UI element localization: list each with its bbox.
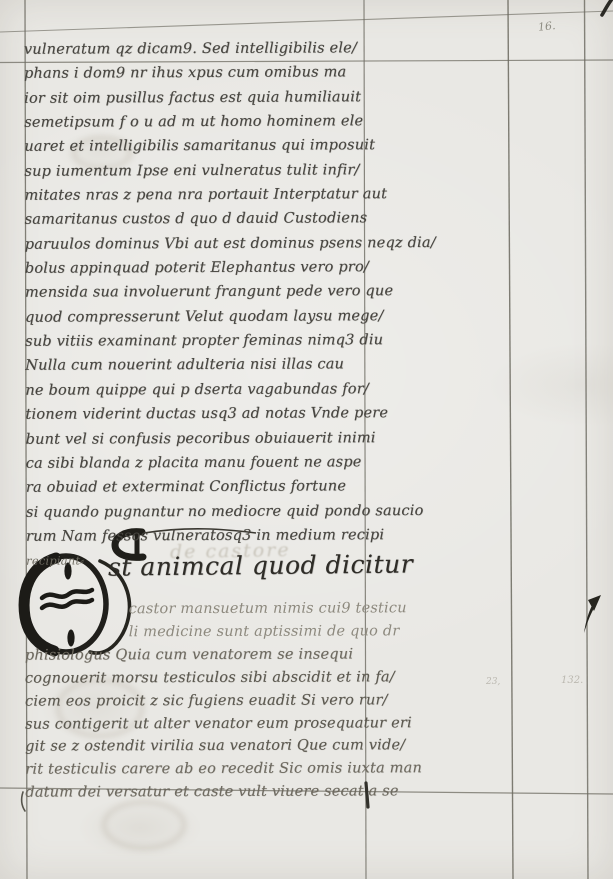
manuscript-line: sup iumentum Ipse eni vulneratus tulit i… — [24, 158, 360, 184]
manuscript-line: paruulos dominus Vbi aut est dominus pse… — [25, 231, 361, 257]
pencil-mark-left: 23, — [486, 677, 500, 687]
manuscript-line: cognouerit morsu testiculos sibi abscidi… — [25, 666, 367, 690]
manuscript-line: datum dei versatur et caste vult viuere … — [25, 781, 367, 805]
manuscript-scan-page: 16. 23, 132. vulneratum qz dicam9. Sed i… — [0, 0, 613, 879]
manuscript-line: vulneratum qz dicam9. Sed intelligibilis… — [24, 36, 360, 62]
manuscript-line: uaret et intelligibilis samaritanus qui … — [24, 134, 360, 160]
folio-number: 16. — [537, 19, 556, 34]
manuscript-line: phans i dom9 nr ihus xpus cum omibus ma — [24, 61, 360, 87]
text-block-elephant-section: vulneratum qz dicam9. Sed intelligibilis… — [24, 36, 362, 573]
manuscript-line: ca sibi blanda z placita manu fouent ne … — [26, 450, 362, 476]
manuscript-line: ior sit oim pusillus factus est quia hum… — [24, 85, 360, 111]
manuscript-line: rit testiculis carere ab eo recedit Sic … — [25, 758, 367, 782]
manuscript-line: ra obuiad et exterminat Conflictus fortu… — [26, 474, 362, 500]
manuscript-line: mensida sua involuerunt frangunt pede ve… — [25, 280, 361, 306]
ruling-line-column-4 — [585, 0, 589, 879]
manuscript-line: git se z ostendit virilia sua venatori Q… — [25, 735, 367, 759]
manuscript-line: ciem eos proicit z sic fugiens euadit Si… — [25, 689, 367, 713]
manuscript-line: phisiologus Quia cum venatorem se insequ… — [25, 643, 367, 667]
pen-stroke-top-right — [602, 0, 612, 15]
manuscript-line: sub vitiis examinant propter feminas nim… — [25, 328, 361, 354]
manuscript-line: ne boum quippe qui p dserta vagabundas f… — [25, 377, 361, 403]
manuscript-line: mitates nras z pena nra portauit Interpt… — [24, 182, 360, 208]
manuscript-line: sus contigerit ut alter venator eum pros… — [25, 712, 367, 736]
pencil-mark-right: 132. — [561, 675, 583, 686]
manuscript-line: Nulla cum nouerint adulteria nisi illas … — [25, 353, 361, 379]
ruling-line-top — [0, 11, 613, 32]
manuscript-line: quod compresserunt Velut quodam laysu me… — [25, 304, 361, 330]
show-through-blot-lower — [102, 800, 186, 850]
manuscript-line: tionem viderint ductas usq3 ad notas Vnd… — [25, 401, 361, 427]
manuscript-line: semetipsum f o u ad m ut homo hominem el… — [24, 109, 360, 135]
manuscript-line: bolus appinquad poterit Elephantus vero … — [25, 255, 361, 281]
manuscript-line: castor mansuetum nimis cui9 testicu — [129, 597, 367, 621]
text-block-castor-chapter: castor mansuetum nimis cui9 testicu li m… — [25, 597, 368, 804]
manuscript-line: li medicine sunt aptissimi de quo dr — [129, 620, 367, 644]
manuscript-line: samaritanus custos d quo d dauid Custodi… — [25, 207, 361, 233]
ruling-line-column-3 — [508, 0, 513, 879]
pen-mark-right-margin-head — [588, 595, 601, 611]
manuscript-line: bunt vel si confusis pecoribus obuiaueri… — [26, 426, 362, 452]
chapter-heading: st animcal quod dicitur — [108, 549, 413, 581]
manuscript-line: si quando pugnantur no mediocre quid pon… — [26, 499, 362, 525]
